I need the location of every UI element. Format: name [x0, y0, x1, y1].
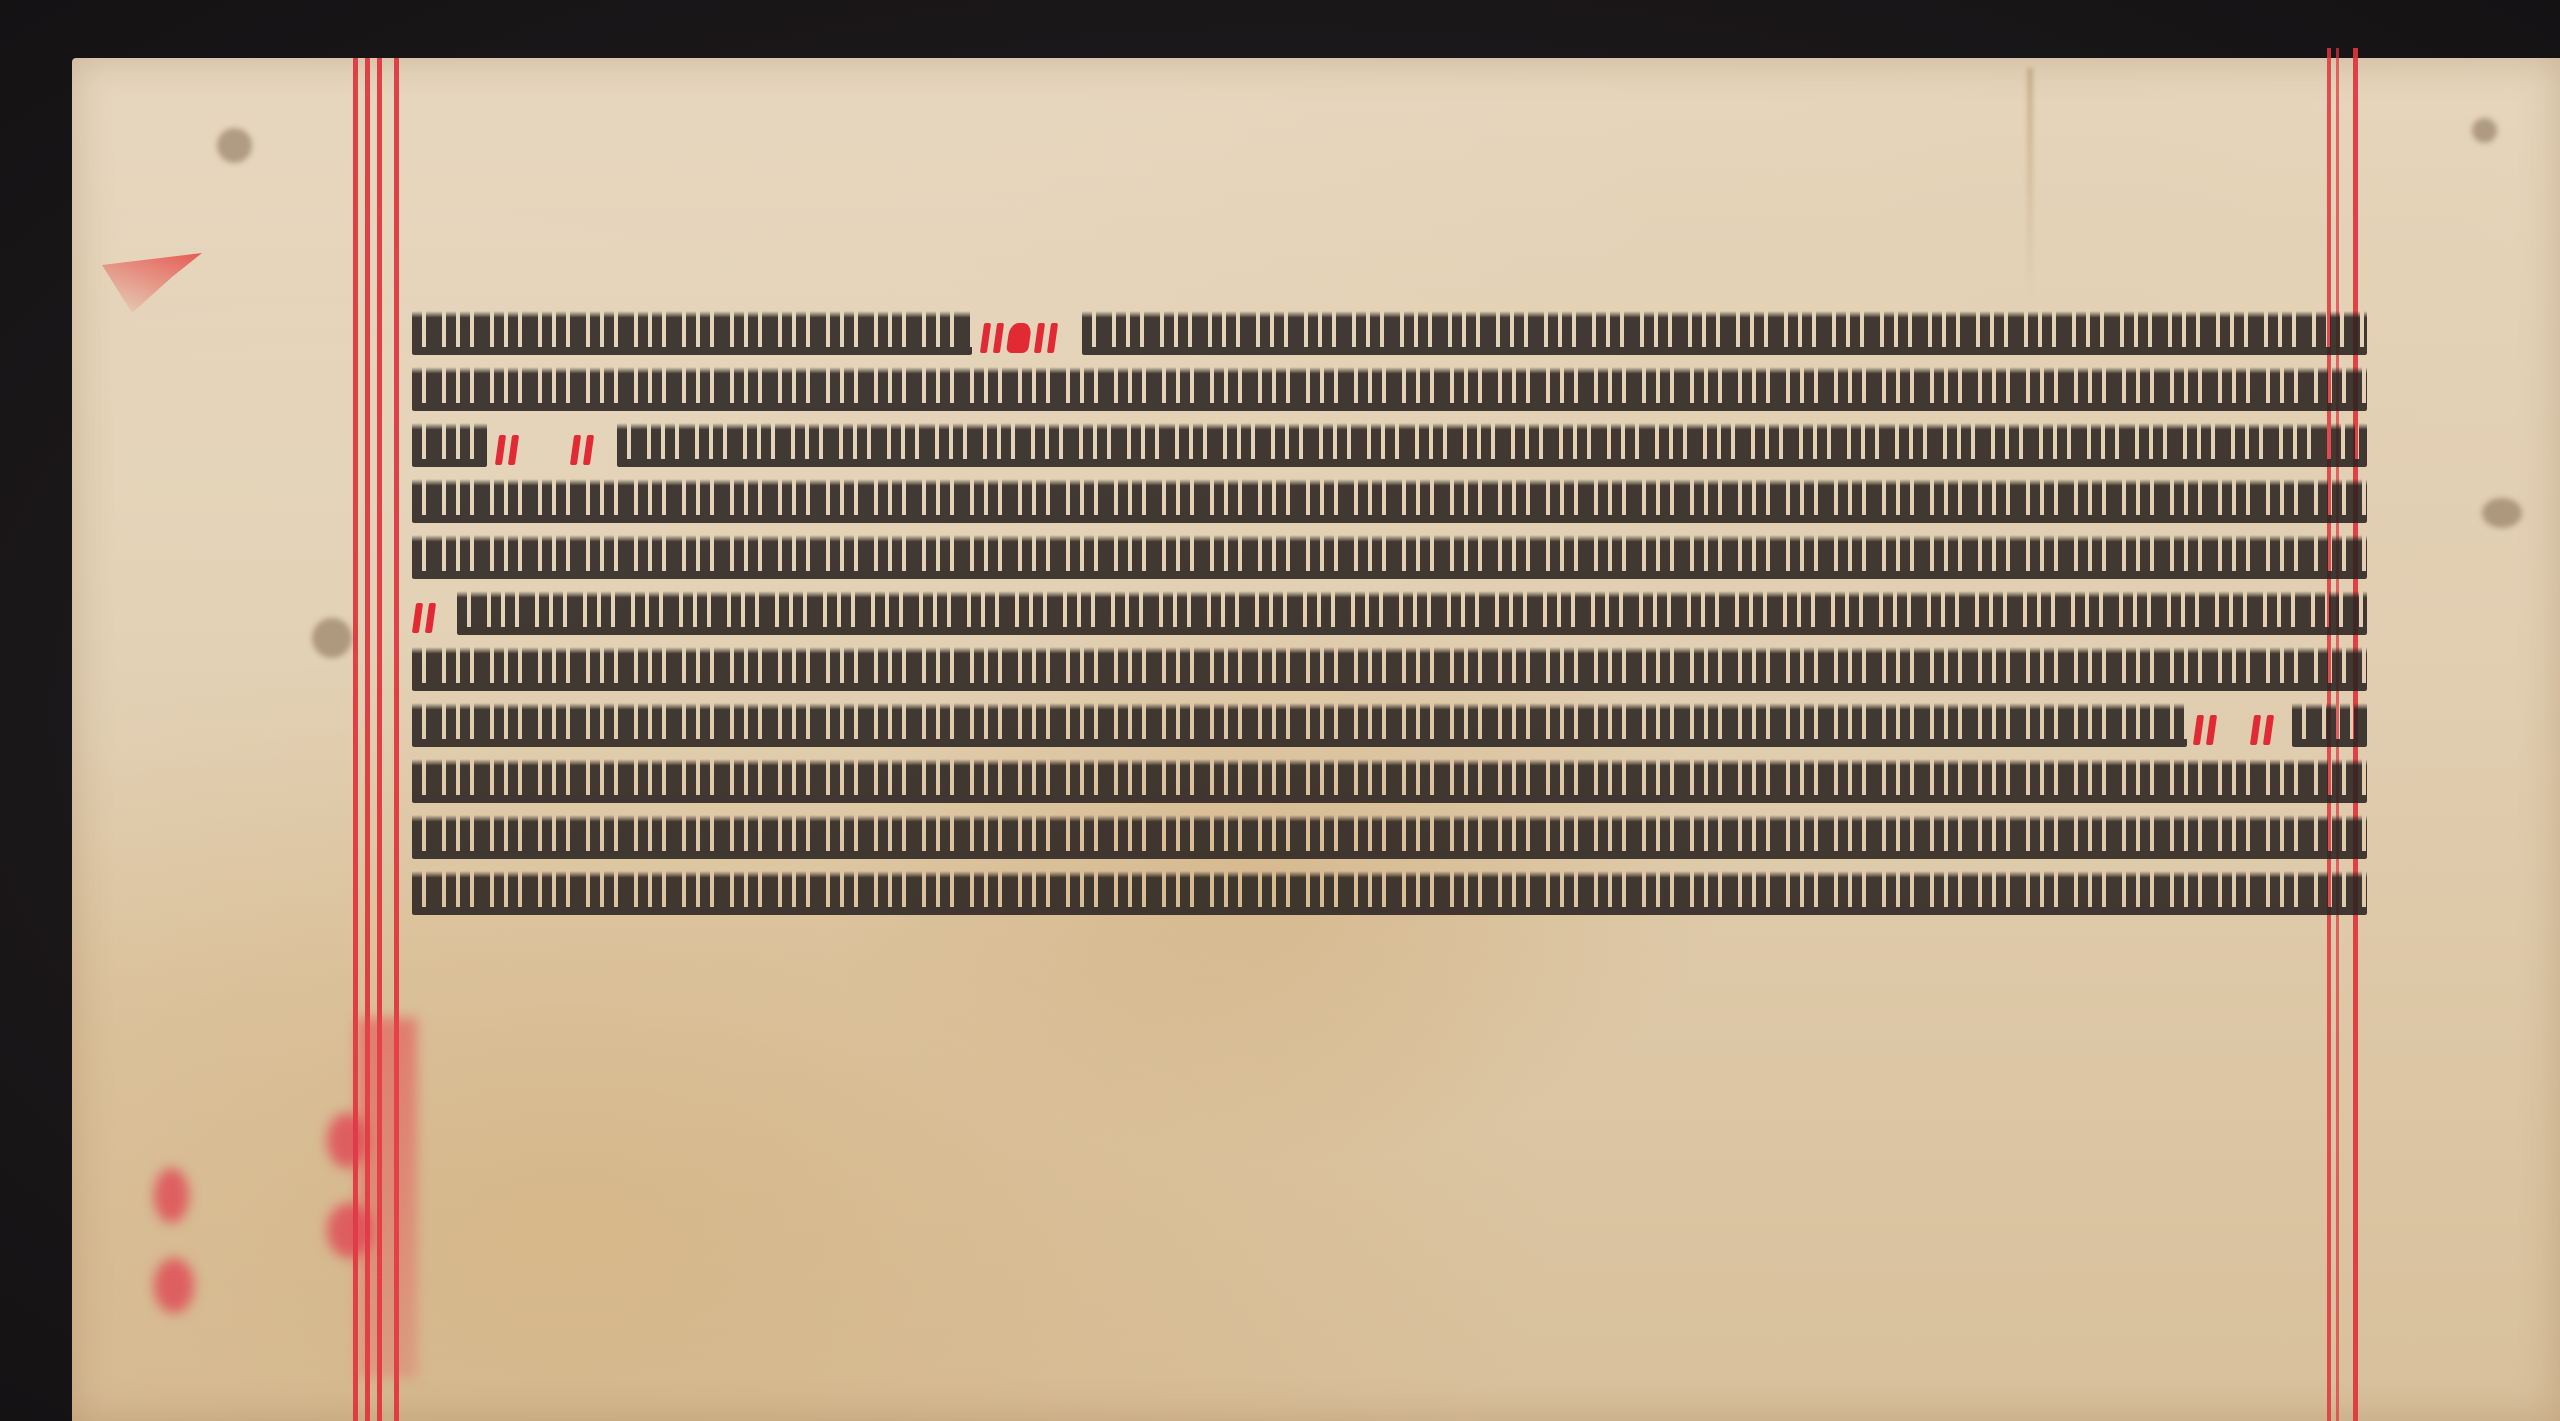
script-line-3	[412, 415, 2367, 467]
script-line-11	[412, 863, 2367, 915]
folio-caption: Manuscript folio with 11 lines of callig…	[0, 0, 1, 1]
red-ink-spot	[327, 1203, 372, 1258]
photo-backdrop: Manuscript folio with 11 lines of callig…	[0, 0, 2560, 1421]
paper-stain	[2472, 118, 2497, 143]
danda-mark	[2195, 715, 2221, 749]
script-line-10	[412, 807, 2367, 859]
danda-mark	[2252, 715, 2278, 749]
paper-stain	[217, 128, 252, 163]
paper-stain	[2482, 498, 2522, 528]
manuscript-folio	[72, 58, 2560, 1421]
red-ink-spot	[154, 1258, 194, 1313]
paper-stain	[312, 618, 352, 658]
danda-mark	[497, 435, 523, 469]
script-line-4	[412, 471, 2367, 523]
script-line-2	[412, 359, 2367, 411]
danda-mark	[572, 435, 598, 469]
red-ink-spot	[327, 1113, 367, 1168]
script-line-1	[412, 303, 2367, 355]
red-ink-spot	[154, 1168, 189, 1223]
red-margin-mark	[102, 253, 202, 313]
danda-mark	[414, 603, 440, 637]
script-line-5	[412, 527, 2367, 579]
script-line-9	[412, 751, 2367, 803]
script-line-6	[412, 583, 2367, 635]
text-block	[412, 303, 2367, 919]
danda-mark	[982, 323, 1062, 357]
script-line-7	[412, 639, 2367, 691]
script-line-8	[412, 695, 2367, 747]
red-ink-smear	[357, 1018, 417, 1378]
